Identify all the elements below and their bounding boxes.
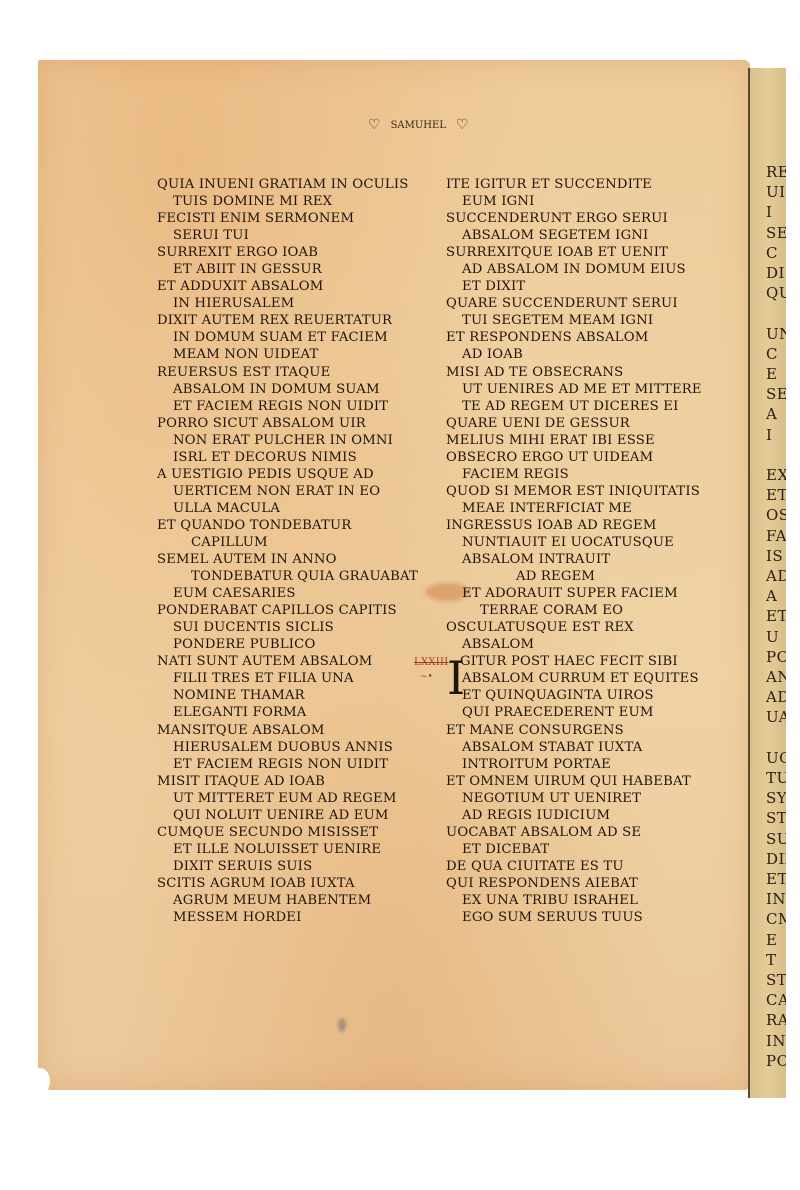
parchment-smudge (338, 1018, 346, 1032)
text-line: PORRO SICUT ABSALOM UIR (157, 415, 427, 432)
facing-page-fragment: UID (766, 183, 786, 201)
chapter-mark-icon: ∼• (420, 672, 433, 682)
text-line: IN HIERUSALEM (157, 295, 427, 312)
text-line: QUARE UENI DE GESSUR (446, 415, 726, 432)
text-line: ET DICEBAT (446, 841, 726, 858)
text-line: UT MITTERET EUM AD REGEM (157, 790, 427, 807)
text-line: NEGOTIUM UT UENIRET (446, 790, 726, 807)
text-line: MISIT ITAQUE AD IOAB (157, 773, 427, 790)
text-line: QUI RESPONDENS AIEBAT (446, 875, 726, 892)
facing-page-fragment: C (766, 244, 778, 262)
text-line: HIERUSALEM DUOBUS ANNIS (157, 739, 427, 756)
text-line: OSCULATUSQUE EST REX (446, 619, 726, 636)
text-line: ABSALOM (446, 636, 726, 653)
facing-page-fragment: UOU (766, 749, 786, 767)
text-line: A UESTIGIO PEDIS USQUE AD (157, 466, 427, 483)
text-line: MESSEM HORDEI (157, 909, 427, 926)
facing-page-fragment: FACI (766, 527, 786, 545)
facing-page-fragment: DIXI (766, 850, 786, 868)
facing-page-fragment: RA (766, 1011, 786, 1029)
text-line: TUIS DOMINE MI REX (157, 193, 427, 210)
facing-page-fragment: UN (766, 325, 786, 343)
facing-page-fragment: AD (766, 688, 786, 706)
text-line: MEAE INTERFICIAT ME (446, 500, 726, 517)
text-line: UOCABAT ABSALOM AD SE (446, 824, 726, 841)
text-line: SURREXIT ERGO IOAB (157, 244, 427, 261)
text-line: EUM IGNI (446, 193, 726, 210)
text-line: SEMEL AUTEM IN ANNO (157, 551, 427, 568)
facing-page-fragment: UAD (766, 708, 786, 726)
parchment-notch (30, 1068, 50, 1094)
text-line: ET OMNEM UIRUM QUI HABEBAT (446, 773, 726, 790)
facing-page-fragment: IN (766, 890, 786, 908)
text-line: UT UENIRES AD ME ET MITTERE (446, 381, 726, 398)
facing-page-fragment: I (766, 426, 772, 444)
facing-page-fragment: STRE (766, 809, 786, 827)
text-line: NUNTIAUIT EI UOCATUSQUE (446, 534, 726, 551)
facing-page-fragment: POR (766, 1052, 786, 1070)
facing-page-fragment: A (766, 405, 777, 423)
text-line: CAPILLUM (157, 534, 427, 551)
text-line: NON ERAT PULCHER IN OMNI (157, 432, 427, 449)
facing-page-fragment: E (766, 365, 777, 383)
facing-page-fragment: ETS (766, 870, 786, 888)
text-line: REUERSUS EST ITAQUE (157, 364, 427, 381)
text-line: QUI NOLUIT UENIRE AD EUM (157, 807, 427, 824)
text-line: UERTICEM NON ERAT IN EO (157, 483, 427, 500)
facing-page-fragment: C (766, 345, 778, 363)
text-line: FACIEM REGIS (446, 466, 726, 483)
heart-ornament-icon: ♡ (456, 118, 469, 132)
facing-page-fragment: SEC (766, 385, 786, 403)
heart-ornament-icon: ♡ (368, 118, 381, 132)
facing-page-fragment: T (766, 951, 777, 969)
text-line: QUARE SUCCENDERUNT SERUI (446, 295, 726, 312)
right-text-column: ITE IGITUR ET SUCCENDITEEUM IGNISUCCENDE… (446, 176, 726, 926)
text-line: DIXIT AUTEM REX REUERTATUR (157, 312, 427, 329)
facing-page-fragment: IN (766, 1032, 786, 1050)
left-text-column: QUIA INUENI GRATIAM IN OCULISTUIS DOMINE… (157, 176, 427, 926)
facing-page-edge: RESUIDISEGCDIQUUNCESECAIEXTETOSFACIISADA… (750, 68, 786, 1098)
facing-page-fragment: CA (766, 991, 786, 1009)
text-line: MELIUS MIHI ERAT IBI ESSE (446, 432, 726, 449)
text-line: ET QUANDO TONDEBATUR (157, 517, 427, 534)
text-line: NOMINE THAMAR (157, 687, 427, 704)
text-line: MEAM NON UIDEAT (157, 346, 427, 363)
text-line: ET QUINQUAGINTA UIROS (446, 687, 726, 704)
text-line: AD IOAB (446, 346, 726, 363)
text-line: ABSALOM IN DOMUM SUAM (157, 381, 427, 398)
text-line: AGRUM MEUM HABENTEM (157, 892, 427, 909)
facing-page-fragment: EXT (766, 466, 786, 484)
facing-page-fragment: TU (766, 769, 786, 787)
text-line: ET MANE CONSURGENS (446, 722, 726, 739)
text-line: ET ILLE NOLUISSET UENIRE (157, 841, 427, 858)
text-line: TERRAE CORAM EO (446, 602, 726, 619)
text-line: PONDERE PUBLICO (157, 636, 427, 653)
text-line: DIXIT SERUIS SUIS (157, 858, 427, 875)
facing-page-fragment: OS (766, 506, 786, 524)
text-line: AD REGEM (446, 568, 726, 585)
text-line: ISRL ET DECORUS NIMIS (157, 449, 427, 466)
facing-page-fragment: AN (766, 668, 786, 686)
text-line: ET FACIEM REGIS NON UIDIT (157, 756, 427, 773)
text-line: SERUI TUI (157, 227, 427, 244)
facing-page-fragment: AD (766, 567, 786, 585)
text-line: ELEGANTI FORMA (157, 704, 427, 721)
text-line: DE QUA CIUITATE ES TU (446, 858, 726, 875)
text-line: ET ABIIT IN GESSUR (157, 261, 427, 278)
text-line: OBSECRO ERGO UT UIDEAM (446, 449, 726, 466)
text-line: ET RESPONDENS ABSALOM (446, 329, 726, 346)
text-line: GITUR POST HAEC FECIT SIBI (446, 653, 726, 670)
text-line: QUOD SI MEMOR EST INIQUITATIS (446, 483, 726, 500)
text-line: IN DOMUM SUAM ET FACIEM (157, 329, 427, 346)
text-line: ABSALOM SEGETEM IGNI (446, 227, 726, 244)
text-line: EX UNA TRIBU ISRAHEL (446, 892, 726, 909)
decorated-initial: I (447, 655, 465, 701)
facing-page-fragment: QU (766, 284, 786, 302)
facing-page-fragment: SEG (766, 224, 786, 242)
facing-page-fragment: ST (766, 971, 786, 989)
text-line: INTROITUM PORTAE (446, 756, 726, 773)
text-line: ET ADDUXIT ABSALOM (157, 278, 427, 295)
facing-page-fragment: SU (766, 830, 786, 848)
facing-page-fragment: I (766, 203, 772, 221)
chapter-number-rubric: LXXIII (414, 657, 449, 668)
text-line: QUIA INUENI GRATIAM IN OCULIS (157, 176, 427, 193)
text-line: CUMQUE SECUNDO MISISSET (157, 824, 427, 841)
text-line: ET FACIEM REGIS NON UIDIT (157, 398, 427, 415)
facing-page-fragment: POS (766, 648, 786, 666)
text-line: FECISTI ENIM SERMONEM (157, 210, 427, 227)
text-line: ABSALOM STABAT IUXTA (446, 739, 726, 756)
facing-page-fragment: ET (766, 486, 786, 504)
text-line: ABSALOM CURRUM ET EQUITES (446, 670, 726, 687)
facing-page-fragment: RES (766, 163, 786, 181)
text-line: EGO SUM SERUUS TUUS (446, 909, 726, 926)
text-line: FILII TRES ET FILIA UNA (157, 670, 427, 687)
text-line: TONDEBATUR QUIA GRAUABAT (157, 568, 427, 585)
text-line: AD REGIS IUDICIUM (446, 807, 726, 824)
text-line: TE AD REGEM UT DICERES EI (446, 398, 726, 415)
facing-page-fragment: E (766, 931, 777, 949)
text-line: MISI AD TE OBSECRANS (446, 364, 726, 381)
facing-page-fragment: U (766, 628, 779, 646)
facing-page-fragment: A (766, 587, 777, 605)
running-head: ♡ SAMUHEL ♡ (368, 118, 469, 132)
text-line: QUI PRAECEDERENT EUM (446, 704, 726, 721)
text-line: MANSITQUE ABSALOM (157, 722, 427, 739)
text-line: NATI SUNT AUTEM ABSALOM (157, 653, 427, 670)
text-line: SUI DUCENTIS SICLIS (157, 619, 427, 636)
facing-page-fragment: ETS (766, 607, 786, 625)
text-line: AD ABSALOM IN DOMUM EIUS (446, 261, 726, 278)
facing-page-fragment: SY (766, 789, 786, 807)
text-line: ITE IGITUR ET SUCCENDITE (446, 176, 726, 193)
text-line: PONDERABAT CAPILLOS CAPITIS (157, 602, 427, 619)
text-line: SURREXITQUE IOAB ET UENIT (446, 244, 726, 261)
text-line: ABSALOM INTRAUIT (446, 551, 726, 568)
text-line: SUCCENDERUNT ERGO SERUI (446, 210, 726, 227)
facing-page-fragment: DI (766, 264, 785, 282)
text-line: TUI SEGETEM MEAM IGNI (446, 312, 726, 329)
running-head-title: SAMUHEL (391, 120, 446, 131)
text-line: ET DIXIT (446, 278, 726, 295)
text-line: SCITIS AGRUM IOAB IUXTA (157, 875, 427, 892)
facing-page-fragment: CMS (766, 910, 786, 928)
text-line: ULLA MACULA (157, 500, 427, 517)
text-line: ET ADORAUIT SUPER FACIEM (446, 585, 726, 602)
text-line: EUM CAESARIES (157, 585, 427, 602)
text-line: INGRESSUS IOAB AD REGEM (446, 517, 726, 534)
facing-page-fragment: IS (766, 547, 783, 565)
